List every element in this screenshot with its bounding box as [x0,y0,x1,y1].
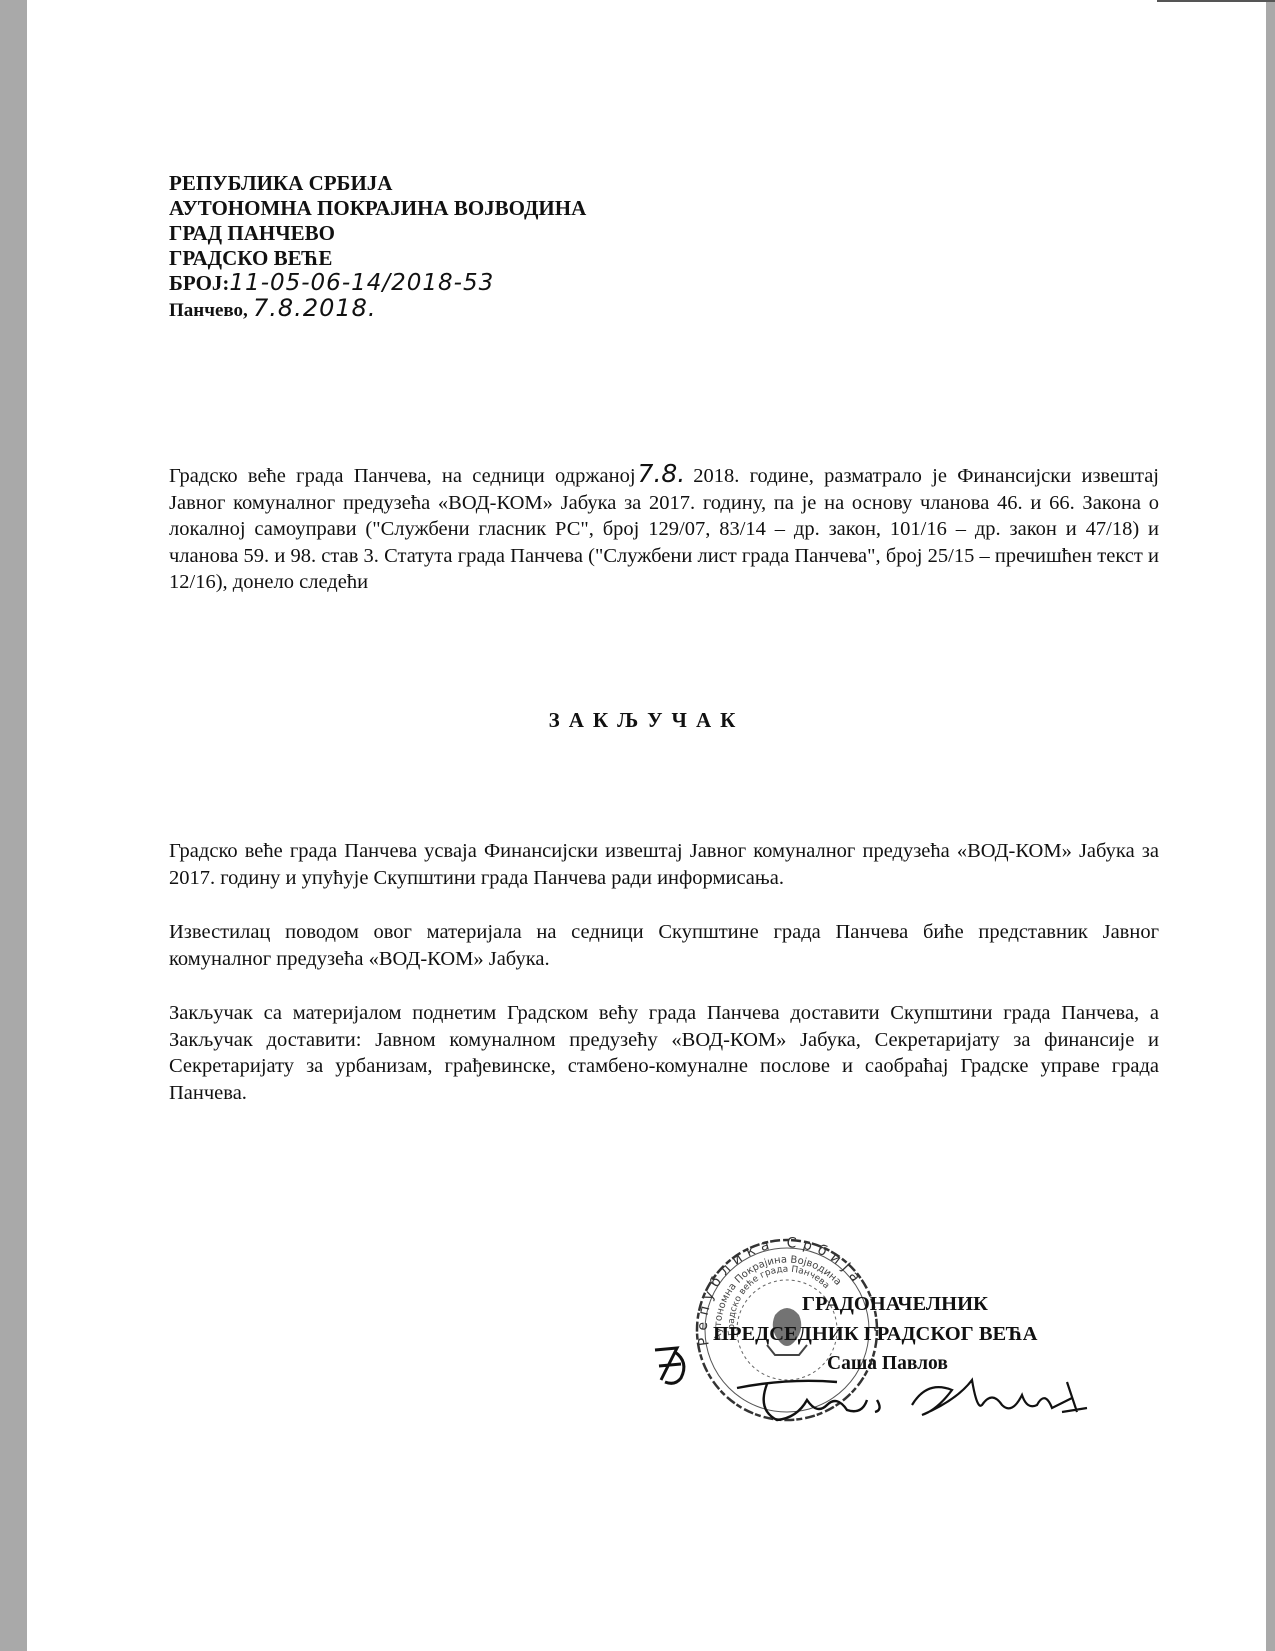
letterhead-line: АУТОНОМНА ПОКРАЈИНА ВОЈВОДИНА [169,196,586,221]
letterhead: РЕПУБЛИКА СРБИЈА АУТОНОМНА ПОКРАЈИНА ВОЈ… [169,171,586,323]
body-paragraph: Известилац поводом овог материјала на се… [169,919,1159,972]
letterhead-line: ГРАД ПАНЧЕВО [169,221,586,246]
body-paragraph: Закључак са материјалом поднетим Градско… [169,1000,1159,1106]
signatory-title: ПРЕДСЕДНИК ГРАДСКОГ ВЕЋА [713,1323,1037,1346]
body-paragraph: Градско веће града Панчева усваја Финанс… [169,838,1159,891]
date-handwritten: 7.8.2018. [253,294,377,322]
document-number: БРОЈ:11-05-06-14/2018-53 [169,271,586,296]
preamble-paragraph: Градско веће града Панчева, на седници о… [169,463,1159,596]
place-label: Панчево, [169,300,248,321]
letterhead-line: РЕПУБЛИКА СРБИЈА [169,171,586,196]
signatory-title: ГРАДОНАЧЕЛНИК [802,1293,988,1316]
document-date: Панчево, 7.8.2018. [169,296,586,323]
document-title: ЗАКЉУЧАК [27,708,1266,733]
scan-edge-line [1157,0,1275,2]
handwritten-signature-icon [727,1360,1127,1440]
session-date-handwritten: 7.8. [636,459,694,488]
letterhead-line: ГРАДСКО ВЕЋЕ [169,246,586,271]
document-number-label: БРОЈ: [169,271,229,295]
scanned-page: РЕПУБЛИКА СРБИЈА АУТОНОМНА ПОКРАЈИНА ВОЈ… [27,0,1266,1651]
document-number-handwritten: 11-05-06-14/2018-53 [229,270,494,296]
preamble-text-start: Градско веће града Панчева, на седници о… [169,465,636,487]
initials-mark-icon [647,1340,707,1390]
